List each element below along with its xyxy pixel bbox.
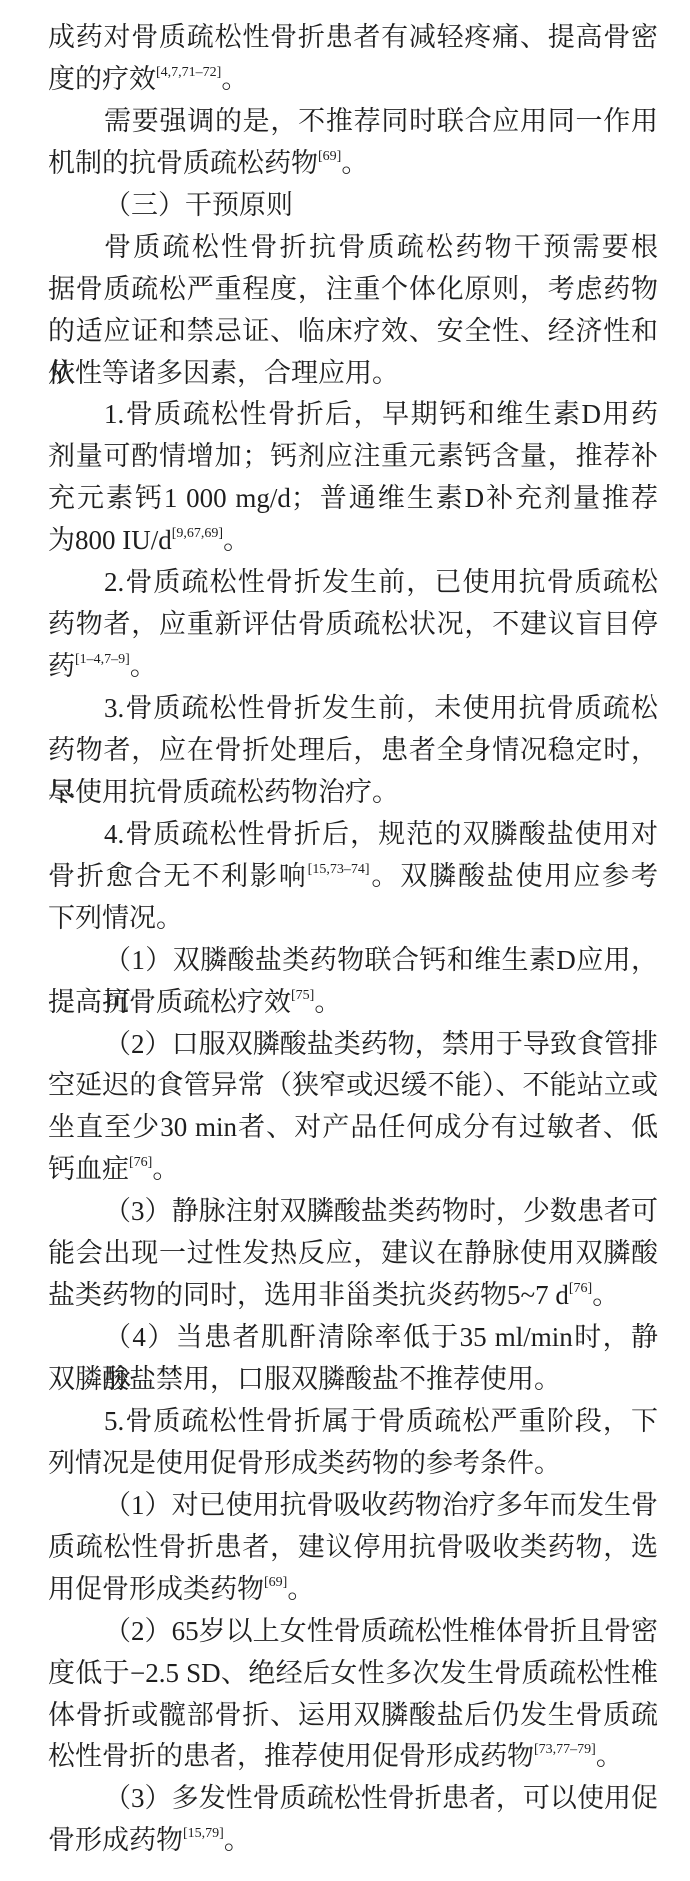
paragraph: （2）口服双膦酸盐类药物，禁用于导致食管排 空延迟的食管异常（狭窄或迟缓不能）、… — [48, 1024, 658, 1192]
citation-superscript: [76] — [569, 1281, 592, 1296]
text-line: 4.骨质疏松性骨折后，规范的双膦酸盐使用对 — [48, 814, 658, 856]
text-line: 据骨质疏松严重程度，注重个体化原则，考虑药物 — [48, 269, 658, 311]
text-line: 的适应证和禁忌证、临床疗效、安全性、经济性和依 — [48, 311, 658, 353]
line-text: 需要强调的是，不推荐同时联合应用同一作用 — [104, 106, 658, 136]
citation-superscript: [4,7,71–72] — [156, 65, 221, 80]
line-text: 度低于−2.5 SD、绝经后女性多次发生骨质疏松性椎 — [48, 1658, 658, 1688]
line-text: 药 — [48, 651, 75, 681]
text-line: 度低于−2.5 SD、绝经后女性多次发生骨质疏松性椎 — [48, 1653, 658, 1695]
text-line: 用促骨形成类药物[69]。 — [48, 1569, 658, 1611]
line-text-tail: 。 — [314, 987, 341, 1017]
citation-superscript: [76] — [129, 1155, 152, 1170]
paragraph: 2.骨质疏松性骨折发生前，已使用抗骨质疏松 药物者，应重新评估骨质疏松状况，不建… — [48, 562, 658, 688]
paragraph: 需要强调的是，不推荐同时联合应用同一作用 机制的抗骨质疏松药物[69]。 — [48, 101, 658, 185]
paragraph: 成药对骨质疏松性骨折患者有减轻疼痛、提高骨密 度的疗效[4,7,71–72]。 — [48, 17, 658, 101]
text-line: 成药对骨质疏松性骨折患者有减轻疼痛、提高骨密 — [48, 17, 658, 59]
text-line: 骨形成药物[15,79]。 — [48, 1820, 658, 1862]
line-text: 用促骨形成类药物 — [48, 1574, 264, 1604]
line-text-tail: 。 — [224, 1825, 251, 1855]
text-line: 体骨折或髋部骨折、运用双膦酸盐后仍发生骨质疏 — [48, 1695, 658, 1737]
line-text: 2.骨质疏松性骨折发生前，已使用抗骨质疏松 — [104, 567, 658, 597]
text-line: （2）65岁以上女性骨质疏松性椎体骨折且骨密 — [48, 1611, 658, 1653]
text-line: 骨折愈合无不利影响[15,73–74]。双膦酸盐使用应参考 — [48, 856, 658, 898]
text-line: 能会出现一过性发热反应，建议在静脉使用双膦酸 — [48, 1233, 658, 1275]
line-text: 双膦酸盐禁用，口服双膦酸盐不推荐使用。 — [48, 1364, 561, 1394]
paragraph: （4）当患者肌酐清除率低于35 ml/min时，静脉 双膦酸盐禁用，口服双膦酸盐… — [48, 1317, 658, 1401]
line-text: 药物者，应重新评估骨质疏松状况，不建议盲目停 — [48, 609, 658, 639]
section-heading: （三）干预原则 — [48, 185, 658, 227]
paragraph: 5.骨质疏松性骨折属于骨质疏松严重阶段，下 列情况是使用促骨形成类药物的参考条件… — [48, 1401, 658, 1485]
text-line: （4）当患者肌酐清除率低于35 ml/min时，静脉 — [48, 1317, 658, 1359]
line-text: 成药对骨质疏松性骨折患者有减轻疼痛、提高骨密 — [48, 22, 658, 52]
line-text-tail: 。双膦酸盐使用应参考 — [370, 861, 659, 891]
line-text: 列情况是使用促骨形成类药物的参考条件。 — [48, 1448, 561, 1478]
text-line: 盐类药物的同时，选用非甾类抗炎药物5~7 d[76]。 — [48, 1275, 658, 1317]
text-line: （3）静脉注射双膦酸盐类药物时，少数患者可 — [48, 1191, 658, 1233]
line-text-tail: 。 — [341, 148, 368, 178]
text-line: 坐直至少30 min者、对产品任何成分有过敏者、低 — [48, 1107, 658, 1149]
paragraph: 4.骨质疏松性骨折后，规范的双膦酸盐使用对 骨折愈合无不利影响[15,73–74… — [48, 814, 658, 940]
line-text: 5.骨质疏松性骨折属于骨质疏松严重阶段，下 — [104, 1406, 658, 1436]
text-line: 下列情况。 — [48, 898, 658, 940]
line-text: 钙血症 — [48, 1154, 129, 1184]
line-text: （3）静脉注射双膦酸盐类药物时，少数患者可 — [104, 1196, 658, 1226]
paragraph: 骨质疏松性骨折抗骨质疏松药物干预需要根 据骨质疏松严重程度，注重个体化原则，考虑… — [48, 227, 658, 395]
text-line: 列情况是使用促骨形成类药物的参考条件。 — [48, 1443, 658, 1485]
line-text: 质疏松性骨折患者，建议停用抗骨吸收类药物，选 — [48, 1532, 658, 1562]
text-line: （1）对已使用抗骨吸收药物治疗多年而发生骨 — [48, 1485, 658, 1527]
text-line: （2）口服双膦酸盐类药物，禁用于导致食管排 — [48, 1024, 658, 1066]
text-line: 充元素钙1 000 mg/d；普通维生素D补充剂量推荐 — [48, 478, 658, 520]
line-text: （2）65岁以上女性骨质疏松性椎体骨折且骨密 — [104, 1616, 658, 1646]
paragraph: 3.骨质疏松性骨折发生前，未使用抗骨质疏松 药物者，应在骨折处理后，患者全身情况… — [48, 688, 658, 814]
line-text-tail: 。 — [592, 1280, 619, 1310]
text-line: 剂量可酌情增加；钙剂应注重元素钙含量，推荐补 — [48, 436, 658, 478]
paragraph: （3）多发性骨质疏松性骨折患者，可以使用促 骨形成药物[15,79]。 — [48, 1778, 658, 1862]
line-text: 1.骨质疏松性骨折后，早期钙和维生素D用药 — [104, 399, 658, 429]
text-line: 度的疗效[4,7,71–72]。 — [48, 59, 658, 101]
line-text: 从性等诸多因素，合理应用。 — [48, 358, 399, 388]
line-text-tail: 。 — [152, 1154, 179, 1184]
text-line: 药物者，应重新评估骨质疏松状况，不建议盲目停 — [48, 604, 658, 646]
line-text: 充元素钙1 000 mg/d；普通维生素D补充剂量推荐 — [48, 483, 658, 513]
line-text: 据骨质疏松严重程度，注重个体化原则，考虑药物 — [48, 274, 658, 304]
line-text: （1）对已使用抗骨吸收药物治疗多年而发生骨 — [104, 1490, 658, 1520]
text-line: 需要强调的是，不推荐同时联合应用同一作用 — [48, 101, 658, 143]
line-text: 能会出现一过性发热反应，建议在静脉使用双膦酸 — [48, 1238, 658, 1268]
line-text: 为800 IU/d — [48, 525, 172, 555]
text-line: 质疏松性骨折患者，建议停用抗骨吸收类药物，选 — [48, 1527, 658, 1569]
line-text: 提高抗骨质疏松疗效 — [48, 987, 291, 1017]
line-text: 坐直至少30 min者、对产品任何成分有过敏者、低 — [48, 1112, 658, 1142]
text-line: （1）双膦酸盐类药物联合钙和维生素D应用，可 — [48, 940, 658, 982]
text-line: 机制的抗骨质疏松药物[69]。 — [48, 143, 658, 185]
text-line: （三）干预原则 — [48, 185, 658, 227]
paragraph: （2）65岁以上女性骨质疏松性椎体骨折且骨密 度低于−2.5 SD、绝经后女性多… — [48, 1611, 658, 1779]
citation-superscript: [15,79] — [183, 1826, 224, 1841]
citation-superscript: [69] — [264, 1575, 287, 1590]
section-heading-text: （三）干预原则 — [104, 190, 293, 220]
line-text: 度的疗效 — [48, 64, 156, 94]
text-line: 药[1–4,7–9]。 — [48, 646, 658, 688]
article-body: 成药对骨质疏松性骨折患者有减轻疼痛、提高骨密 度的疗效[4,7,71–72]。 … — [48, 17, 658, 1862]
line-text: 体骨折或髋部骨折、运用双膦酸盐后仍发生骨质疏 — [48, 1700, 658, 1730]
paragraph: （1）对已使用抗骨吸收药物治疗多年而发生骨 质疏松性骨折患者，建议停用抗骨吸收类… — [48, 1485, 658, 1611]
line-text: 骨质疏松性骨折抗骨质疏松药物干预需要根 — [104, 232, 658, 262]
paragraph: （1）双膦酸盐类药物联合钙和维生素D应用，可 提高抗骨质疏松疗效[75]。 — [48, 940, 658, 1024]
citation-superscript: [1–4,7–9] — [75, 652, 130, 667]
line-text-tail: 。 — [223, 525, 250, 555]
line-text-tail: 。 — [221, 64, 248, 94]
text-line: 钙血症[76]。 — [48, 1149, 658, 1191]
text-line: 药物者，应在骨折处理后，患者全身情况稳定时，尽 — [48, 730, 658, 772]
text-line: 双膦酸盐禁用，口服双膦酸盐不推荐使用。 — [48, 1359, 658, 1401]
line-text: （3）多发性骨质疏松性骨折患者，可以使用促 — [104, 1783, 658, 1813]
line-text: 空延迟的食管异常（狭窄或迟缓不能）、不能站立或 — [48, 1070, 658, 1100]
text-line: （3）多发性骨质疏松性骨折患者，可以使用促 — [48, 1778, 658, 1820]
citation-superscript: [73,77–79] — [534, 1742, 596, 1757]
paragraph: （3）静脉注射双膦酸盐类药物时，少数患者可 能会出现一过性发热反应，建议在静脉使… — [48, 1191, 658, 1317]
citation-superscript: [9,67,69] — [172, 526, 223, 541]
line-text: 早使用抗骨质疏松药物治疗。 — [48, 777, 399, 807]
line-text: 骨形成药物 — [48, 1825, 183, 1855]
text-line: 从性等诸多因素，合理应用。 — [48, 353, 658, 395]
line-text: 下列情况。 — [48, 903, 183, 933]
citation-superscript: [69] — [318, 149, 341, 164]
line-text-tail: 。 — [287, 1574, 314, 1604]
line-text-tail: 。 — [130, 651, 157, 681]
text-line: 为800 IU/d[9,67,69]。 — [48, 520, 658, 562]
text-line: 提高抗骨质疏松疗效[75]。 — [48, 982, 658, 1024]
line-text-tail: 。 — [596, 1741, 623, 1771]
text-line: 2.骨质疏松性骨折发生前，已使用抗骨质疏松 — [48, 562, 658, 604]
line-text: （2）口服双膦酸盐类药物，禁用于导致食管排 — [104, 1029, 658, 1059]
line-text: 松性骨折的患者，推荐使用促骨形成药物 — [48, 1741, 534, 1771]
text-line: 松性骨折的患者，推荐使用促骨形成药物[73,77–79]。 — [48, 1736, 658, 1778]
line-text: 盐类药物的同时，选用非甾类抗炎药物5~7 d — [48, 1280, 569, 1310]
text-line: 空延迟的食管异常（狭窄或迟缓不能）、不能站立或 — [48, 1065, 658, 1107]
text-line: 骨质疏松性骨折抗骨质疏松药物干预需要根 — [48, 227, 658, 269]
line-text: 剂量可酌情增加；钙剂应注重元素钙含量，推荐补 — [48, 441, 658, 471]
citation-superscript: [75] — [291, 988, 314, 1003]
text-line: 1.骨质疏松性骨折后，早期钙和维生素D用药 — [48, 394, 658, 436]
text-line: 早使用抗骨质疏松药物治疗。 — [48, 772, 658, 814]
line-text: 机制的抗骨质疏松药物 — [48, 148, 318, 178]
line-text: 骨折愈合无不利影响 — [48, 861, 308, 891]
line-text: 3.骨质疏松性骨折发生前，未使用抗骨质疏松 — [104, 693, 658, 723]
line-text: 4.骨质疏松性骨折后，规范的双膦酸盐使用对 — [104, 819, 658, 849]
citation-superscript: [15,73–74] — [308, 862, 370, 877]
text-line: 5.骨质疏松性骨折属于骨质疏松严重阶段，下 — [48, 1401, 658, 1443]
paragraph: 1.骨质疏松性骨折后，早期钙和维生素D用药 剂量可酌情增加；钙剂应注重元素钙含量… — [48, 394, 658, 562]
text-line: 3.骨质疏松性骨折发生前，未使用抗骨质疏松 — [48, 688, 658, 730]
